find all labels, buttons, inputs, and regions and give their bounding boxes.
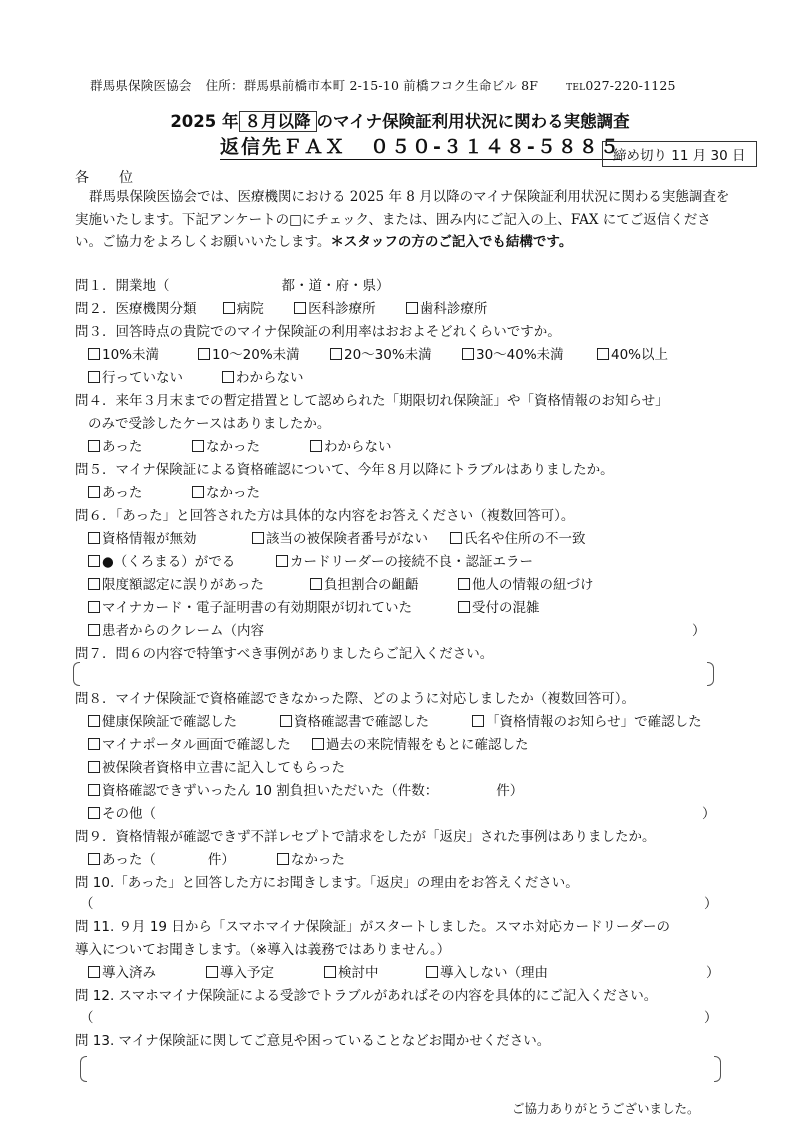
checkbox[interactable] (88, 578, 100, 590)
option-label: 10%未満 (102, 347, 159, 363)
option-label: 歯科診療所 (420, 301, 488, 317)
q12-answer-area[interactable] (96, 1008, 696, 1028)
q3-options-row1: 10%未満10～20%未満20～30%未満30～40%未満40%以上 (88, 345, 668, 365)
q8-options-row2: マイナポータル画面で確認した過去の来院情報をもとに確認した (88, 735, 529, 755)
q2-option[interactable]: 医科診療所 (294, 299, 376, 319)
checkbox[interactable] (88, 440, 100, 452)
option-label: 氏名や住所の不一致 (464, 531, 586, 547)
checkbox[interactable] (280, 715, 292, 727)
q13-bracket-right (714, 1056, 721, 1082)
q9-label: 問９．資格情報が確認できず不詳レセプトで請求をしたが「返戻」された事例はありまし… (75, 827, 656, 847)
q6-option-complaint[interactable]: 患者からのクレーム（内容 (88, 621, 264, 641)
thanks-note: ご協力ありがとうございました。 (512, 1099, 700, 1117)
fax-number: ０５０-３１４８-５８８５ (370, 136, 621, 158)
q7-answer-area[interactable] (82, 662, 707, 686)
checkbox[interactable] (406, 302, 418, 314)
q2-row: 問２．医療機関分類 病院 医科診療所 歯科診療所 (75, 299, 487, 319)
q10-answer-area[interactable] (96, 894, 696, 914)
checkbox[interactable] (88, 371, 100, 383)
fax-label: 返信先ＦＡＸ (220, 136, 346, 158)
q8-close-paren: ） (702, 804, 716, 824)
checkbox[interactable] (458, 601, 470, 613)
q4-option[interactable]: あった (88, 437, 192, 457)
checkbox[interactable] (462, 348, 474, 360)
q3-option[interactable]: 40%以上 (597, 345, 668, 365)
checkbox[interactable] (310, 578, 322, 590)
option-label: 過去の来院情報をもとに確認した (326, 737, 529, 753)
org-header: 群馬県保険医協会住所：群馬県前橋市本町 2-15-10 前橋フコク生命ビル 8F… (90, 76, 676, 94)
option-label: ●（くろまる）がでる (102, 554, 235, 570)
checkbox[interactable] (426, 966, 438, 978)
option-label: 行っていない (102, 370, 183, 386)
q6-options-row3: 限度額認定に誤りがあった負担割合の齟齬他人の情報の紐づけ (88, 575, 594, 595)
q6-option[interactable]: 受付の混雑 (458, 598, 540, 618)
option-label: なかった (206, 485, 260, 501)
q4-label: 問４．来年３月末までの暫定措置として認められた「期限切れ保険証」や「資格情報のお… (75, 391, 669, 411)
q6-option[interactable]: 他人の情報の紐づけ (458, 575, 594, 595)
salutation: 各 位 (75, 167, 141, 187)
q6-option[interactable]: 負担割合の齟齬 (310, 575, 458, 595)
checkbox[interactable] (310, 440, 322, 452)
q2-option[interactable]: 病院 (223, 299, 264, 319)
checkbox[interactable] (252, 532, 264, 544)
checkbox[interactable] (88, 853, 100, 865)
option-label: 40%以上 (611, 347, 668, 363)
q12-close-paren: ） (704, 1008, 718, 1028)
checkbox[interactable] (88, 784, 100, 796)
option-label: 導入済み (102, 965, 156, 981)
title-rest: のマイナ保険証利用状況に関わる実態調査 (317, 112, 630, 131)
q3-option[interactable]: 10%未満 (88, 345, 198, 365)
q6-option[interactable]: 資格情報が無効 (88, 529, 252, 549)
q1-label: 問１．開業地（ (75, 278, 170, 294)
q5-option[interactable]: あった (88, 483, 192, 503)
q8-options-row1: 健康保険証で確認した資格確認書で確認した「資格情報のお知らせ」で確認した (88, 712, 702, 732)
checkbox[interactable] (88, 555, 100, 567)
checkbox[interactable] (88, 532, 100, 544)
q7-label: 問７．問６の内容で特筆すべき事例がありましたらご記入ください。 (75, 644, 493, 664)
option-label: 病院 (237, 301, 264, 317)
q6-options-row4: マイナカード・電子証明書の有効期限が切れていた受付の混雑 (88, 598, 540, 618)
option-label: あった（ (102, 852, 156, 868)
q8-option[interactable]: 「資格情報のお知らせ」で確認した (472, 712, 702, 732)
option-label: 該当の被保険者番号がない (266, 531, 428, 547)
title-year: 2025 年 (170, 112, 238, 131)
q10-label: 問 10.「あった」と回答した方にお聞きします。「返戻」の理由をお答えください。 (75, 873, 579, 893)
q9-option[interactable]: なかった (277, 850, 345, 870)
checkbox[interactable] (88, 807, 100, 819)
q5-options: あったなかった (88, 483, 260, 503)
q2-label: 問２．医療機関分類 (75, 301, 197, 317)
option-label: 20～30%未満 (344, 347, 432, 363)
option-label: 被保険者資格申立書に記入してもらった (102, 760, 345, 776)
q12-open-paren: （ (80, 1008, 94, 1028)
checkbox[interactable] (88, 601, 100, 613)
q8-option[interactable]: 健康保険証で確認した (88, 712, 280, 732)
q8-option[interactable]: 資格確認書で確認した (280, 712, 472, 732)
checkbox[interactable] (198, 348, 210, 360)
q4-option[interactable]: なかった (192, 437, 310, 457)
q13-answer-area[interactable] (89, 1056, 713, 1082)
q10-close-paren: ） (704, 894, 718, 914)
checkbox[interactable] (312, 738, 324, 750)
checkbox[interactable] (88, 624, 100, 636)
q9-options: あった（件）なかった (88, 850, 345, 870)
q1-row: 問１．開業地（都・道・府・県） (75, 276, 390, 296)
q9-option[interactable]: あった（ (88, 850, 156, 870)
option-label: マイナカード・電子証明書の有効期限が切れていた (102, 600, 412, 616)
checkbox[interactable] (88, 966, 100, 978)
option-label: 患者からのクレーム（内容 (102, 623, 264, 639)
q5-option[interactable]: なかった (192, 483, 260, 503)
q3-options-row2: 行っていないわからない (88, 368, 304, 388)
option-label: 受付の混雑 (472, 600, 540, 616)
q11-option[interactable]: 検討中 (324, 963, 426, 983)
option-label: なかった (291, 852, 345, 868)
checkbox[interactable] (324, 966, 336, 978)
q11-close-paren: ） (706, 963, 720, 983)
checkbox[interactable] (206, 966, 218, 978)
intro-paragraph: 群馬県保険医協会では、医療機関における 2025 年 8 月以降のマイナ保険証利… (75, 186, 735, 254)
page-title: 2025 年８月以降のマイナ保険証利用状況に関わる実態調査 (0, 108, 800, 132)
option-label: カードリーダーの接続不良・認証エラー (290, 554, 533, 570)
q6-options-row2: ●（くろまる）がでるカードリーダーの接続不良・認証エラー (88, 552, 533, 572)
checkbox[interactable] (192, 440, 204, 452)
q13-label: 問 13. マイナ保険証に関してご意見や困っていることなどお聞かせください。 (75, 1031, 550, 1051)
q3-option[interactable]: 行っていない (88, 368, 222, 388)
option-label: あった (102, 485, 142, 501)
q11-option[interactable]: 導入済み (88, 963, 206, 983)
q3-option[interactable]: 20～30%未満 (330, 345, 462, 365)
q6-option[interactable]: 限度額認定に誤りがあった (88, 575, 310, 595)
q8-label: 問８．マイナ保険証で資格確認できなかった際、どのように対応しましたか（複数回答可… (75, 689, 635, 709)
option-label: 検討中 (338, 965, 379, 981)
checkbox[interactable] (192, 486, 204, 498)
checkbox[interactable] (277, 853, 289, 865)
option-label: あった (102, 439, 142, 455)
q6-close-paren: ） (692, 621, 706, 641)
option-label: 資格確認書で確認した (294, 714, 429, 730)
reply-fax: 返信先ＦＡＸ０５０-３１４８-５８８５ (220, 135, 621, 160)
option-label: 健康保険証で確認した (102, 714, 237, 730)
q7-bracket-left (73, 662, 80, 686)
q4-option[interactable]: わからない (310, 437, 392, 457)
q11-option[interactable]: 導入予定 (206, 963, 324, 983)
option-label: 導入予定 (220, 965, 274, 981)
q11-option[interactable]: 導入しない（理由 (426, 963, 548, 983)
checkbox[interactable] (458, 578, 470, 590)
tel-prefix: TEL (566, 83, 585, 93)
option-label: 医科診療所 (308, 301, 376, 317)
checkbox[interactable] (88, 348, 100, 360)
checkbox[interactable] (88, 738, 100, 750)
checkbox[interactable] (88, 715, 100, 727)
option-label: その他（ (102, 806, 156, 822)
q8-option[interactable]: 資格確認できずいったん 10 割負担いただいた（件数： (88, 781, 438, 801)
q4-label-cont: のみで受診したケースはありましたか。 (88, 414, 330, 434)
option-label: マイナポータル画面で確認した (102, 737, 291, 753)
option-label: わからない (324, 439, 392, 455)
checkbox[interactable] (330, 348, 342, 360)
q10-open-paren: （ (80, 894, 94, 914)
q13-bracket-left (80, 1056, 87, 1082)
option-label: 30～40%未満 (476, 347, 564, 363)
q5-label: 問５．マイナ保険証による資格確認について、今年８月以降にトラブルはありましたか。 (75, 460, 614, 480)
q4-options: あったなかったわからない (88, 437, 392, 457)
option-label: 限度額認定に誤りがあった (102, 577, 264, 593)
option-label: 負担割合の齟齬 (324, 577, 419, 593)
q7-bracket-right (707, 662, 714, 686)
checkbox[interactable] (472, 715, 484, 727)
option-label: 資格確認できずいったん 10 割負担いただいた（件数： (102, 783, 438, 799)
q8-count-suffix: 件） (496, 783, 523, 799)
q3-option[interactable]: 10～20%未満 (198, 345, 330, 365)
q2-option[interactable]: 歯科診療所 (406, 299, 488, 319)
q3-option[interactable]: 30～40%未満 (462, 345, 597, 365)
q6-option[interactable]: 氏名や住所の不一致 (450, 529, 586, 549)
q6-option[interactable]: ●（くろまる）がでる (88, 552, 276, 572)
checkbox[interactable] (597, 348, 609, 360)
option-label: 資格情報が無効 (102, 531, 197, 547)
org-name: 群馬県保険医協会 (90, 78, 192, 93)
checkbox[interactable] (88, 486, 100, 498)
checkbox[interactable] (223, 302, 235, 314)
deadline-badge: 締め切り 11 月 30 日 (602, 141, 757, 167)
checkbox[interactable] (450, 532, 462, 544)
option-label: 10～20%未満 (212, 347, 300, 363)
q8-options-row5: その他（ (88, 804, 156, 824)
q8-option[interactable]: マイナポータル画面で確認した (88, 735, 312, 755)
q3-option[interactable]: わからない (222, 368, 304, 388)
option-label: わからない (236, 370, 304, 386)
q9-count-suffix: 件） (208, 852, 235, 868)
q3-label: 問３．回答時点の貴院でのマイナ保険証の利用率はおおよそどれくらいですか。 (75, 322, 561, 342)
q8-option-other[interactable]: その他（ (88, 804, 156, 824)
q8-options-row4: 資格確認できずいったん 10 割負担いただいた（件数：件） (88, 781, 523, 801)
checkbox[interactable] (276, 555, 288, 567)
checkbox[interactable] (88, 761, 100, 773)
q6-options-row5: 患者からのクレーム（内容 (88, 621, 264, 641)
option-label: 「資格情報のお知らせ」で確認した (486, 714, 702, 730)
q12-label: 問 12. スマホマイナ保険証による受診でトラブルがあればその内容を具体的にご記… (75, 986, 657, 1006)
intro-note: ＊スタッフの方のご記入でも結構です。 (330, 234, 572, 250)
org-tel: 027-220-1125 (585, 78, 675, 93)
q11-label-cont: 導入についてお聞きします。（※導入は義務ではありません。） (75, 940, 450, 960)
title-boxed-period: ８月以降 (239, 111, 317, 132)
q8-options-row3: 被保険者資格申立書に記入してもらった (88, 758, 345, 778)
q1-suffix: 都・道・府・県） (282, 278, 390, 294)
q8-option[interactable]: 過去の来院情報をもとに確認した (312, 735, 529, 755)
option-label: 他人の情報の紐づけ (472, 577, 594, 593)
q6-option[interactable]: カードリーダーの接続不良・認証エラー (276, 552, 533, 572)
option-label: なかった (206, 439, 260, 455)
q11-options: 導入済み導入予定検討中導入しない（理由 (88, 963, 548, 983)
q11-label: 問 11. ９月 19 日から「スマホマイナ保険証」がスタートしました。スマホ対… (75, 917, 670, 937)
q6-option[interactable]: 該当の被保険者番号がない (252, 529, 450, 549)
q6-option[interactable]: マイナカード・電子証明書の有効期限が切れていた (88, 598, 458, 618)
checkbox[interactable] (294, 302, 306, 314)
q6-label: 問６．「あった」と回答された方は具体的な内容をお答えください（複数回答可）。 (75, 506, 574, 526)
q8-option[interactable]: 被保険者資格申立書に記入してもらった (88, 758, 345, 778)
q6-options-row1: 資格情報が無効該当の被保険者番号がない氏名や住所の不一致 (88, 529, 586, 549)
checkbox[interactable] (222, 371, 234, 383)
org-address: 住所：群馬県前橋市本町 2-15-10 前橋フコク生命ビル 8F (206, 78, 539, 93)
option-label: 導入しない（理由 (440, 965, 548, 981)
